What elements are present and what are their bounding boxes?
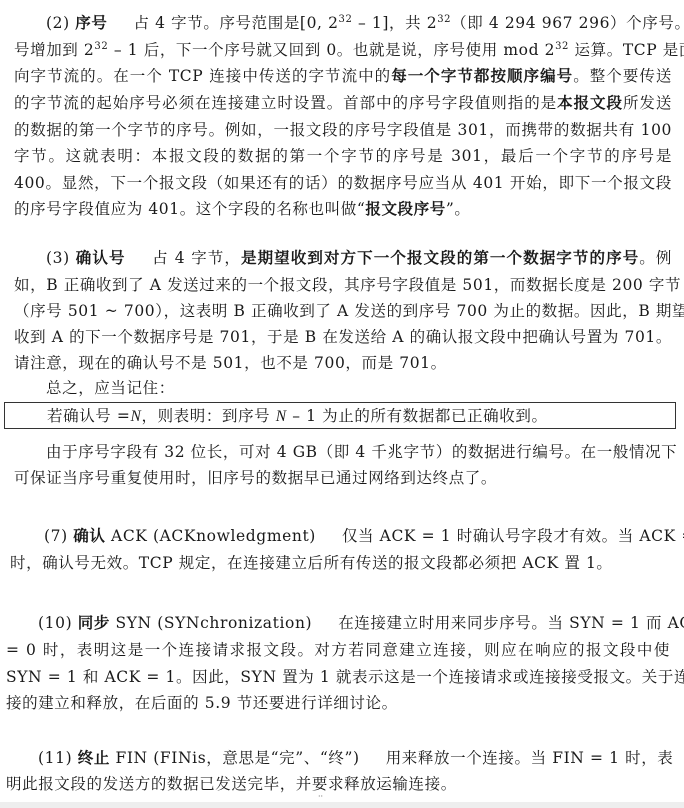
text-line: (10) 同步 SYN (SYNchronization)在连接建立时用来同步序… xyxy=(38,613,670,633)
text: 用来释放一个连接。当 FIN = 1 时，表 xyxy=(386,749,674,767)
text: 的字节流的起始序号必须在连接建立时设置。首部中的序号字段值则指的是 xyxy=(14,94,557,112)
item-number: (11) xyxy=(38,749,72,767)
page-artifact: ·· xyxy=(318,792,323,801)
item-title: 同步 xyxy=(78,613,110,632)
document-page: (2) 序号占 4 字节。序号范围是[0, 232 – 1]，共 232（即 4… xyxy=(0,0,684,808)
text-line: 的序号字段值应为 401。这个字段的名称也叫做“报文段序号”。 xyxy=(14,199,672,219)
item-number: (2) xyxy=(46,14,70,32)
emphasis: 报文段序号 xyxy=(365,199,446,218)
variable-n: N xyxy=(276,408,287,425)
item-title-en: ACK (ACKnowledgment) xyxy=(106,527,316,545)
item-title: 终止 xyxy=(78,748,110,767)
item-title-en: SYN (SYNchronization) xyxy=(110,614,312,632)
text-line: 可保证当序号重复使用时，旧序号的数据早已通过网络到达终点了。 xyxy=(14,468,672,488)
superscript: 32 xyxy=(339,14,353,25)
text-line: 明此报文段的发送方的数据已发送完毕，并要求释放运输连接。 xyxy=(6,774,664,794)
text: 在连接建立时用来同步序号。当 SYN = 1 而 ACK xyxy=(338,614,684,632)
text-line: 向字节流的。在一个 TCP 连接中传送的字节流中的每一个字节都按顺序编号。整个要… xyxy=(14,66,672,86)
item-title: 确认 xyxy=(73,526,105,545)
text-line: 的字节流的起始序号必须在连接建立时设置。首部中的序号字段值则指的是本报文段所发送 xyxy=(14,93,672,113)
text: 占 4 字节， xyxy=(152,249,241,267)
text: 所发送 xyxy=(623,94,672,112)
text: 运算。TCP 是面 xyxy=(569,41,684,59)
superscript: 32 xyxy=(555,41,569,52)
emphasis: 是期望收到对方下一个报文段的第一个数据字节的序号 xyxy=(241,248,639,267)
text: ”。 xyxy=(446,200,471,218)
text: 若确认号 = xyxy=(47,407,131,425)
text-line: SYN = 1 和 ACK = 1。因此，SYN 置为 1 就表示这是一个连接请… xyxy=(6,667,670,687)
text: 。例 xyxy=(639,249,672,267)
emphasis: 本报文段 xyxy=(557,93,623,112)
superscript: 32 xyxy=(437,14,451,25)
text-line: (7) 确认 ACK (ACKnowledgment)仅当 ACK = 1 时确… xyxy=(44,526,678,546)
text-line: 请注意，现在的确认号不是 501，也不是 700，而是 701。 xyxy=(14,353,672,373)
text: 的序号字段值应为 401。这个字段的名称也叫做“ xyxy=(14,200,365,218)
text-line: 接的建立和释放，在后面的 5.9 节还要进行详细讨论。 xyxy=(6,693,664,713)
text-line: (2) 序号占 4 字节。序号范围是[0, 232 – 1]，共 232（即 4… xyxy=(46,13,672,33)
text-line: 由于序号字段有 32 位长，可对 4 GB（即 4 千兆字节）的数据进行编号。在… xyxy=(46,442,672,462)
text: 向字节流的。在一个 TCP 连接中传送的字节流中的 xyxy=(14,67,391,85)
text: 占 4 字节。序号范围是[0, 2 xyxy=(134,14,339,32)
rule-text: 若确认号 =N，则表明：到序号 N – 1 为止的所有数据都已正确收到。 xyxy=(47,406,647,426)
emphasis: 每一个字节都按顺序编号 xyxy=(391,66,573,85)
item-title-en: FIN (FINis，意思是“完”、“终”) xyxy=(110,749,360,767)
text-line: 总之，应当记住： xyxy=(46,378,672,398)
variable-n: N xyxy=(131,408,142,425)
text-line: 收到 A 的下一个数据序号是 701，于是 B 在发送给 A 的确认报文段中把确… xyxy=(14,327,672,347)
text: – 1]，共 2 xyxy=(352,14,437,32)
superscript: 32 xyxy=(94,41,108,52)
item-number: (10) xyxy=(38,614,72,632)
item-number: (7) xyxy=(44,527,68,545)
text-line: 的数据的第一个字节的序号。例如，一报文段的序号字段值是 301，而携带的数据共有… xyxy=(14,120,672,140)
text-line: 时，确认号无效。TCP 规定，在连接建立后所有传送的报文段都必须把 ACK 置 … xyxy=(10,553,668,573)
text: – 1 为止的所有数据都已正确收到。 xyxy=(287,407,548,425)
text-line: （序号 501 ~ 700），这表明 B 正确收到了 A 发送的到序号 700 … xyxy=(14,301,672,321)
item-title: 确认号 xyxy=(76,248,126,267)
item-title: 序号 xyxy=(75,13,107,32)
text-line: 400。显然，下一个报文段（如果还有的话）的数据序号应当从 401 开始，即下一… xyxy=(14,173,672,193)
text: 。整个要传送 xyxy=(573,67,672,85)
text: 仅当 ACK = 1 时确认号字段才有效。当 ACK = 0 xyxy=(342,527,684,545)
text: – 1 后，下一个序号就又回到 0。也就是说，序号使用 mod 2 xyxy=(108,41,555,59)
text-line: (11) 终止 FIN (FINis，意思是“完”、“终”)用来释放一个连接。当… xyxy=(38,748,662,768)
item-number: (3) xyxy=(46,249,70,267)
text-line: 字节。这就表明：本报文段的数据的第一个字节的序号是 301，最后一个字节的序号是 xyxy=(14,146,672,166)
text-line: 号增加到 232 – 1 后，下一个序号就又回到 0。也就是说，序号使用 mod… xyxy=(14,40,672,60)
text: 号增加到 2 xyxy=(14,41,94,59)
rule-box: 若确认号 =N，则表明：到序号 N – 1 为止的所有数据都已正确收到。 xyxy=(4,402,676,429)
page-bottom-edge xyxy=(0,802,684,808)
text-line: (3) 确认号占 4 字节，是期望收到对方下一个报文段的第一个数据字节的序号。例 xyxy=(46,248,672,268)
text-line: = 0 时，表明这是一个连接请求报文段。对方若同意建立连接，则应在响应的报文段中… xyxy=(6,640,670,660)
text: ，则表明：到序号 xyxy=(141,407,275,425)
text: （即 4 294 967 296）个序号。序 xyxy=(451,14,684,32)
text-line: 如，B 正确收到了 A 发送过来的一个报文段，其序号字段值是 501，而数据长度… xyxy=(14,275,672,295)
